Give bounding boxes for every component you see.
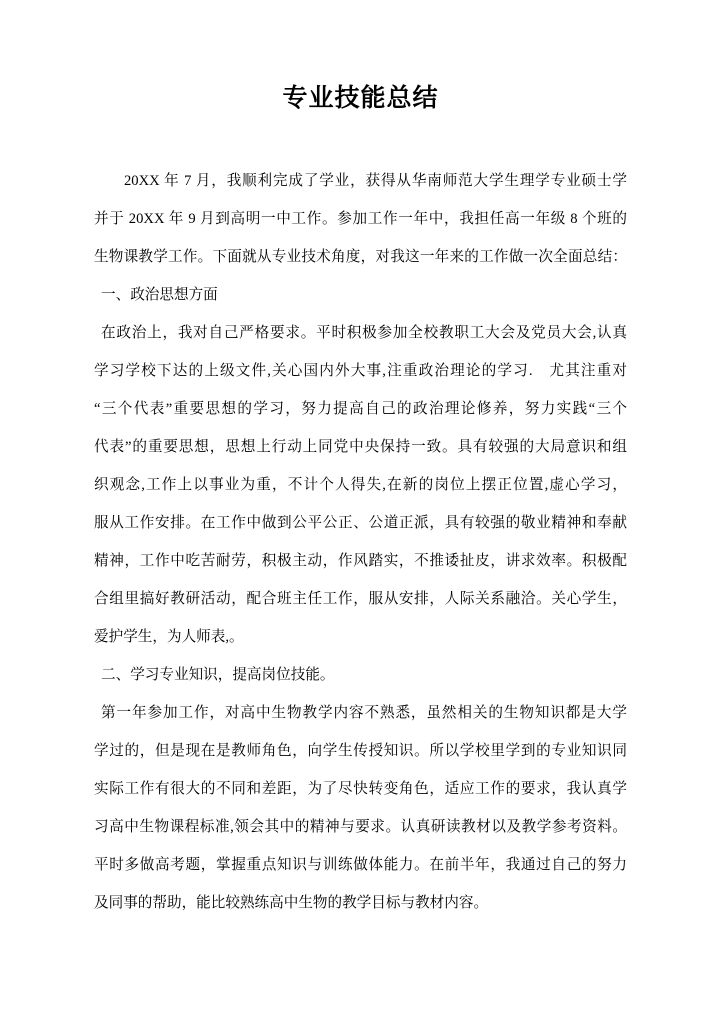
- section-heading-2: 二、学习专业知识，提高岗位技能。: [94, 656, 627, 694]
- text-line: “三个代表”重要思想的学习，努力提高自己的政治理论修养，努力实践“三个: [94, 390, 627, 428]
- text-line: 第一年参加工作，对高中生物教学内容不熟悉，虽然相关的生物知识都是大学: [94, 694, 627, 732]
- text-line: 合组里搞好教研活动，配合班主任工作，服从安排，人际关系融洽。关心学生，: [94, 580, 627, 618]
- text-line: 并于 20XX 年 9 月到高明一中工作。参加工作一年中，我担任高一年级 8 个…: [94, 200, 627, 238]
- text-line: 习高中生物课程标准,领会其中的精神与要求。认真研读教材以及教学参考资料。: [94, 808, 627, 846]
- text-line: 20XX 年 7 月，我顺利完成了学业，获得从华南师范大学生理学专业硕士学位，: [94, 162, 627, 200]
- text-line: 织观念,工作上以事业为重，不计个人得失,在新的岗位上摆正位置,虚心学习，: [94, 466, 627, 504]
- document-body: 20XX 年 7 月，我顺利完成了学业，获得从华南师范大学生理学专业硕士学位， …: [94, 162, 627, 922]
- section-heading-1: 一、政治思想方面: [94, 276, 627, 314]
- text-line: 代表”的重要思想，思想上行动上同党中央保持一致。具有较强的大局意识和组: [94, 428, 627, 466]
- text-line: 平时多做高考题，掌握重点知识与训练做体能力。在前半年，我通过自己的努力: [94, 846, 627, 884]
- text-line: 服从工作安排。在工作中做到公平公正、公道正派，具有较强的敬业精神和奉献: [94, 504, 627, 542]
- text-line: 学习学校下达的上级文件,关心国内外大事,注重政治理论的学习. 尤其注重对: [94, 352, 627, 390]
- text-line: 学过的，但是现在是教师角色，向学生传授知识。所以学校里学到的专业知识同: [94, 732, 627, 770]
- text-line: 精神，工作中吃苦耐劳，积极主动，作风踏实，不推诿扯皮，讲求效率。积极配: [94, 542, 627, 580]
- text-line: 在政治上，我对自己严格要求。平时积极参加全校教职工大会及党员大会,认真: [94, 314, 627, 352]
- text-line: 爱护学生，为人师表,。: [94, 618, 627, 656]
- document-page: 专业技能总结 20XX 年 7 月，我顺利完成了学业，获得从华南师范大学生理学专…: [0, 0, 721, 1020]
- text-line: 生物课教学工作。下面就从专业技术角度，对我这一年来的工作做一次全面总结：: [94, 238, 627, 276]
- document-title: 专业技能总结: [94, 82, 627, 116]
- text-line: 及同事的帮助，能比较熟练高中生物的教学目标与教材内容。: [94, 884, 627, 922]
- text-line: 实际工作有很大的不同和差距，为了尽快转变角色，适应工作的要求，我认真学: [94, 770, 627, 808]
